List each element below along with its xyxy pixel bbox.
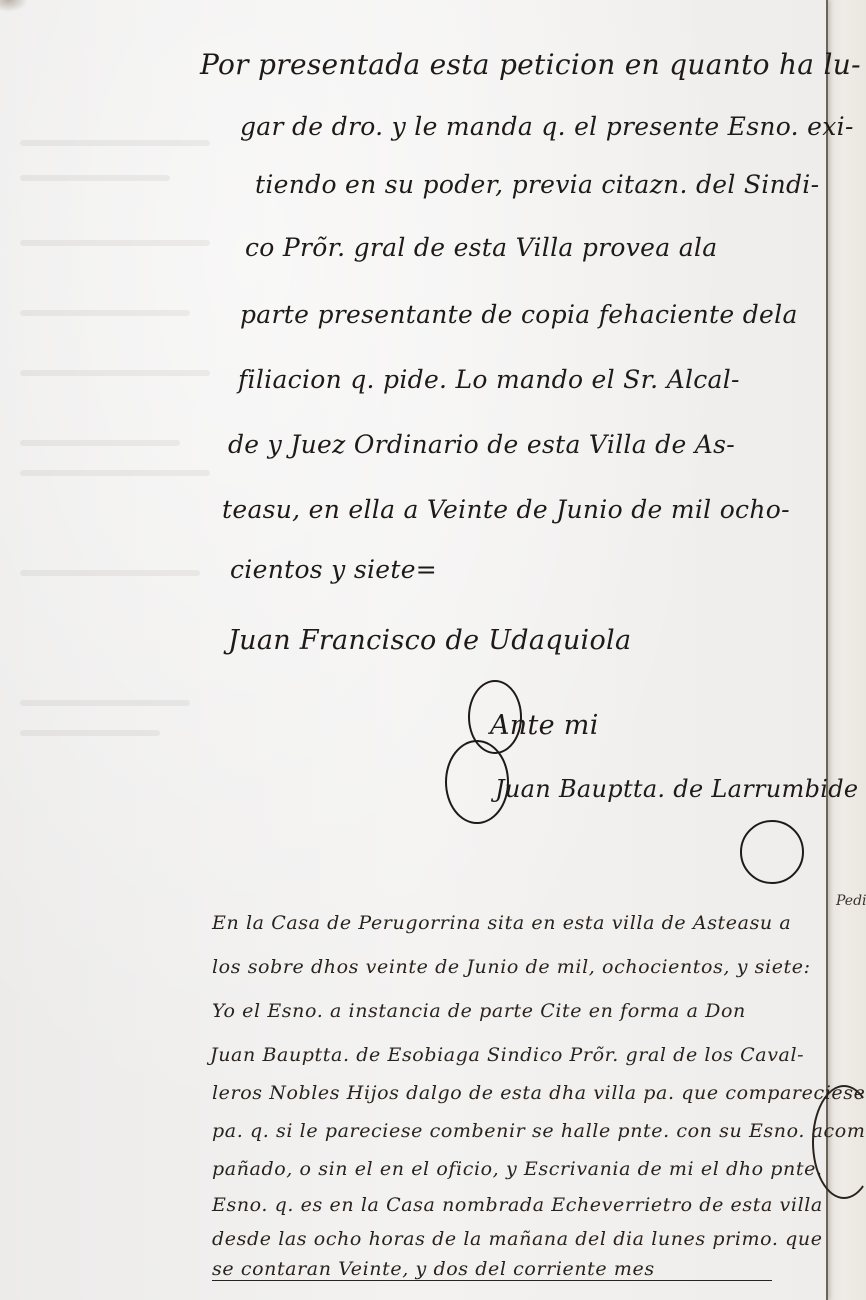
decree-line-8: teasu, en ella a Veinte de Junio de mil … — [222, 495, 790, 524]
decree-line-2: gar de dro. y le manda q. el presente Es… — [240, 112, 854, 141]
decree-line-4: co Prõr. gral de esta Villa provea ala — [245, 233, 717, 262]
closing-rule — [212, 1280, 772, 1281]
signature-ante-mi: Ante mi — [490, 710, 599, 741]
rubric-flourish — [740, 820, 804, 884]
show-through-ink — [20, 310, 190, 316]
show-through-ink — [20, 440, 180, 446]
signature-udaquiola: Juan Francisco de Udaquiola — [228, 625, 631, 656]
signature-larrumbide: Juan Bauptta. de Larrumbide — [495, 775, 858, 803]
diligence-line-3: Yo el Esno. a instancia de parte Cite en… — [212, 1000, 746, 1022]
diligence-line-9: desde las ocho horas de la mañana del di… — [212, 1228, 823, 1250]
manuscript-spread: Por presentada esta peticion en quanto h… — [0, 0, 866, 1300]
show-through-ink — [20, 370, 210, 376]
decree-line-6: filiacion q. pide. Lo mando el Sr. Alcal… — [238, 365, 740, 394]
manuscript-page: Por presentada esta peticion en quanto h… — [0, 0, 828, 1300]
show-through-ink — [20, 570, 200, 576]
show-through-ink — [20, 175, 170, 181]
show-through-ink — [20, 140, 210, 146]
show-through-ink — [20, 470, 210, 476]
show-through-ink — [20, 240, 210, 246]
decree-line-1: Por presentada esta peticion en quanto h… — [200, 48, 861, 81]
diligence-line-2: los sobre dhos veinte de Junio de mil, o… — [212, 956, 811, 978]
diligence-line-10: se contaran Veinte, y dos del corriente … — [212, 1258, 655, 1280]
decree-line-3: tiendo en su poder, previa citazn. del S… — [255, 170, 819, 199]
show-through-ink — [20, 700, 190, 706]
diligence-line-5: leros Nobles Hijos dalgo de esta dha vil… — [212, 1082, 865, 1104]
corner-stain — [0, 0, 28, 12]
diligence-line-6: pa. q. si le pareciese combenir se halle… — [212, 1120, 866, 1142]
facing-page-margin-note: Pedime — [836, 893, 866, 909]
diligence-line-4: Juan Bauptta. de Esobiaga Sindico Prõr. … — [210, 1044, 804, 1066]
diligence-line-8: Esno. q. es en la Casa nombrada Echeverr… — [212, 1194, 823, 1216]
show-through-ink — [20, 730, 160, 736]
diligence-line-1: En la Casa de Perugorrina sita en esta v… — [212, 912, 791, 934]
decree-line-7: de y Juez Ordinario de esta Villa de As- — [228, 430, 735, 459]
diligence-line-7: pañado, o sin el en el oficio, y Escriva… — [212, 1158, 823, 1180]
decree-line-9: cientos y siete= — [230, 555, 437, 584]
decree-line-5: parte presentante de copia fehaciente de… — [240, 300, 798, 329]
